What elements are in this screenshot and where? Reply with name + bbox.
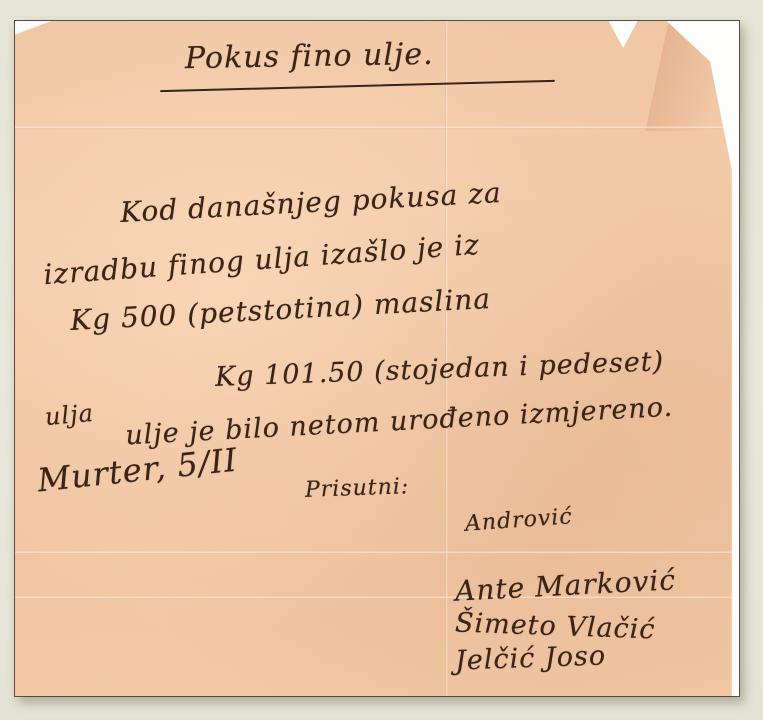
body-line-3: Kg 500 (petstotina) maslina xyxy=(69,282,491,337)
page-caption-cutoff xyxy=(10,0,130,8)
document-title: Pokus fino ulje. xyxy=(185,37,434,76)
title-underline xyxy=(160,80,555,92)
paper-fold-line xyxy=(15,126,739,129)
signature-3: Šimeto Vlačić xyxy=(455,608,656,646)
witnesses-label: Prisutni: xyxy=(305,474,410,503)
signature-4: Jelčić Joso xyxy=(455,640,607,676)
body-line-6: ulje je bilo netom urođeno izmjereno. xyxy=(125,392,674,452)
aged-paper-sheet: Pokus fino ulje. Kod današnjeg pokusa za… xyxy=(15,21,739,696)
body-line-4: Kg 101.50 (stojedan i pedeset) xyxy=(215,346,665,393)
torn-corner xyxy=(645,21,728,131)
document-scan-frame: Pokus fino ulje. Kod današnjeg pokusa za… xyxy=(14,20,740,697)
signature-2: Ante Marković xyxy=(454,563,676,608)
body-line-2: izradbu finog ulja izašlo je iz xyxy=(42,228,480,291)
paper-fold-line xyxy=(15,551,739,554)
signature-1: Andrović xyxy=(464,504,573,536)
body-line-5: ulja xyxy=(44,399,95,431)
